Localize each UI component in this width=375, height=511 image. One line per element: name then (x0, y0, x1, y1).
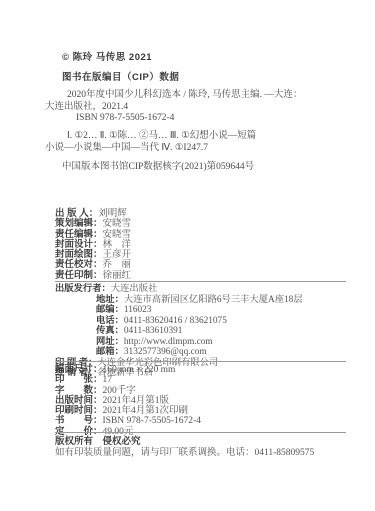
spec-value: 2021年4月第1版 (103, 396, 170, 406)
detail-label: 地址： (96, 294, 124, 304)
book-copyright-page: © 陈玲 马传思 2021 图书在版编目（CIP）数据 2020年度中国少儿科幻… (0, 0, 375, 511)
cip-class-line1: Ⅰ. ①2… Ⅱ. ①陈… ②马… Ⅲ. ①幻想小说—短篇 (67, 130, 345, 142)
credit-label: 责任印制： (55, 270, 103, 281)
separator-rule (55, 432, 346, 433)
detail-value: 0411-83620416 / 83621075 (124, 316, 227, 326)
publisher-value: 大连出版社 (111, 284, 158, 294)
spec-value: 160 mm × 220 mm (103, 365, 176, 375)
separator-rule (55, 361, 346, 362)
cip-record-number: 中国版本图书馆CIP数据核字(2021)第059644号 (62, 158, 254, 172)
detail-label: 电话： (96, 315, 124, 325)
spec-value: 17 (103, 375, 113, 385)
detail-value: 3132577396@qq.com (124, 347, 207, 357)
publisher-detail-row: 网址：http://www.dlmpm.com (96, 337, 303, 348)
credit-value: 王彦开 (103, 250, 132, 260)
quality-note: 如有印装质量问题，请与印厂联系调换。电话：0411-85809575 (55, 448, 314, 459)
spec-value: 200千字 (103, 386, 136, 396)
detail-value: 大连市高新园区亿阳路6号三丰大厦A座18层 (124, 295, 303, 305)
cip-entry-line2: 大连出版社，2021.4 (45, 102, 345, 114)
cip-isbn-line: ISBN 978-7-5505-1672-4 (76, 113, 345, 125)
publisher-detail-row: 传真：0411-83610391 (96, 326, 303, 337)
credit-value: 徐丽红 (103, 271, 132, 281)
cip-classification: Ⅰ. ①2… Ⅱ. ①陈… ②马… Ⅲ. ①幻想小说—短篇 小说—小说集—中国—… (45, 130, 345, 154)
credit-value: 林 洋 (103, 240, 132, 250)
book-specs: 幅面尺寸：160 mm × 220 mm 印 张：17 字 数：200千字 出版… (55, 365, 201, 437)
publisher-detail-row: 邮编：116023 (96, 305, 303, 316)
cip-header: 图书在版编目（CIP）数据 (62, 69, 179, 83)
detail-value: 0411-83610391 (124, 326, 183, 336)
publisher-detail-row: 邮箱：3132577396@qq.com (96, 347, 303, 358)
cip-entry-line1: 2020年度中国少儿科幻选本 / 陈玲, 马传思主编. —大连： (67, 90, 345, 102)
detail-label: 邮箱： (96, 346, 124, 356)
rights-statement: 版权所有 侵权必究 (55, 437, 314, 448)
publisher-detail-row: 电话：0411-83620416 / 83621075 (96, 316, 303, 327)
staff-credits: 出 版 人：刘明辉 策划编辑：安晓雪 责任编辑：安晓雪 封面设计：林 洋 封面绘… (55, 209, 131, 281)
detail-value: http://www.dlmpm.com (124, 337, 213, 347)
copyright-line: © 陈玲 马传思 2021 (62, 49, 152, 63)
detail-value: 116023 (124, 305, 152, 315)
detail-label: 网址： (96, 336, 124, 346)
detail-label: 传真： (96, 325, 124, 335)
publisher-detail-row: 地址：大连市高新园区亿阳路6号三丰大厦A座18层 (96, 295, 303, 306)
credit-value: 乔 丽 (103, 260, 132, 270)
cip-class-line2: 小说—小说集—中国—当代 Ⅳ. ①I247.7 (45, 142, 345, 154)
detail-label: 邮编： (96, 304, 124, 314)
credit-value: 安晓雪 (103, 230, 132, 240)
credit-row: 责任印制：徐丽红 (55, 271, 131, 281)
credit-value: 安晓雪 (103, 219, 132, 229)
rights-footer: 版权所有 侵权必究 如有印装质量问题，请与印厂联系调换。电话：0411-8580… (55, 437, 314, 458)
spec-value: 2021年4月第1次印刷 (103, 406, 189, 416)
publisher-label: 出版发行者： (55, 283, 111, 293)
spec-value: ISBN 978-7-5505-1672-4 (103, 416, 201, 426)
publisher-row: 出版发行者：大连出版社 (55, 284, 303, 295)
separator-rule (55, 281, 346, 282)
cip-catalog-entry: 2020年度中国少儿科幻选本 / 陈玲, 马传思主编. —大连： 大连出版社，2… (45, 90, 345, 125)
